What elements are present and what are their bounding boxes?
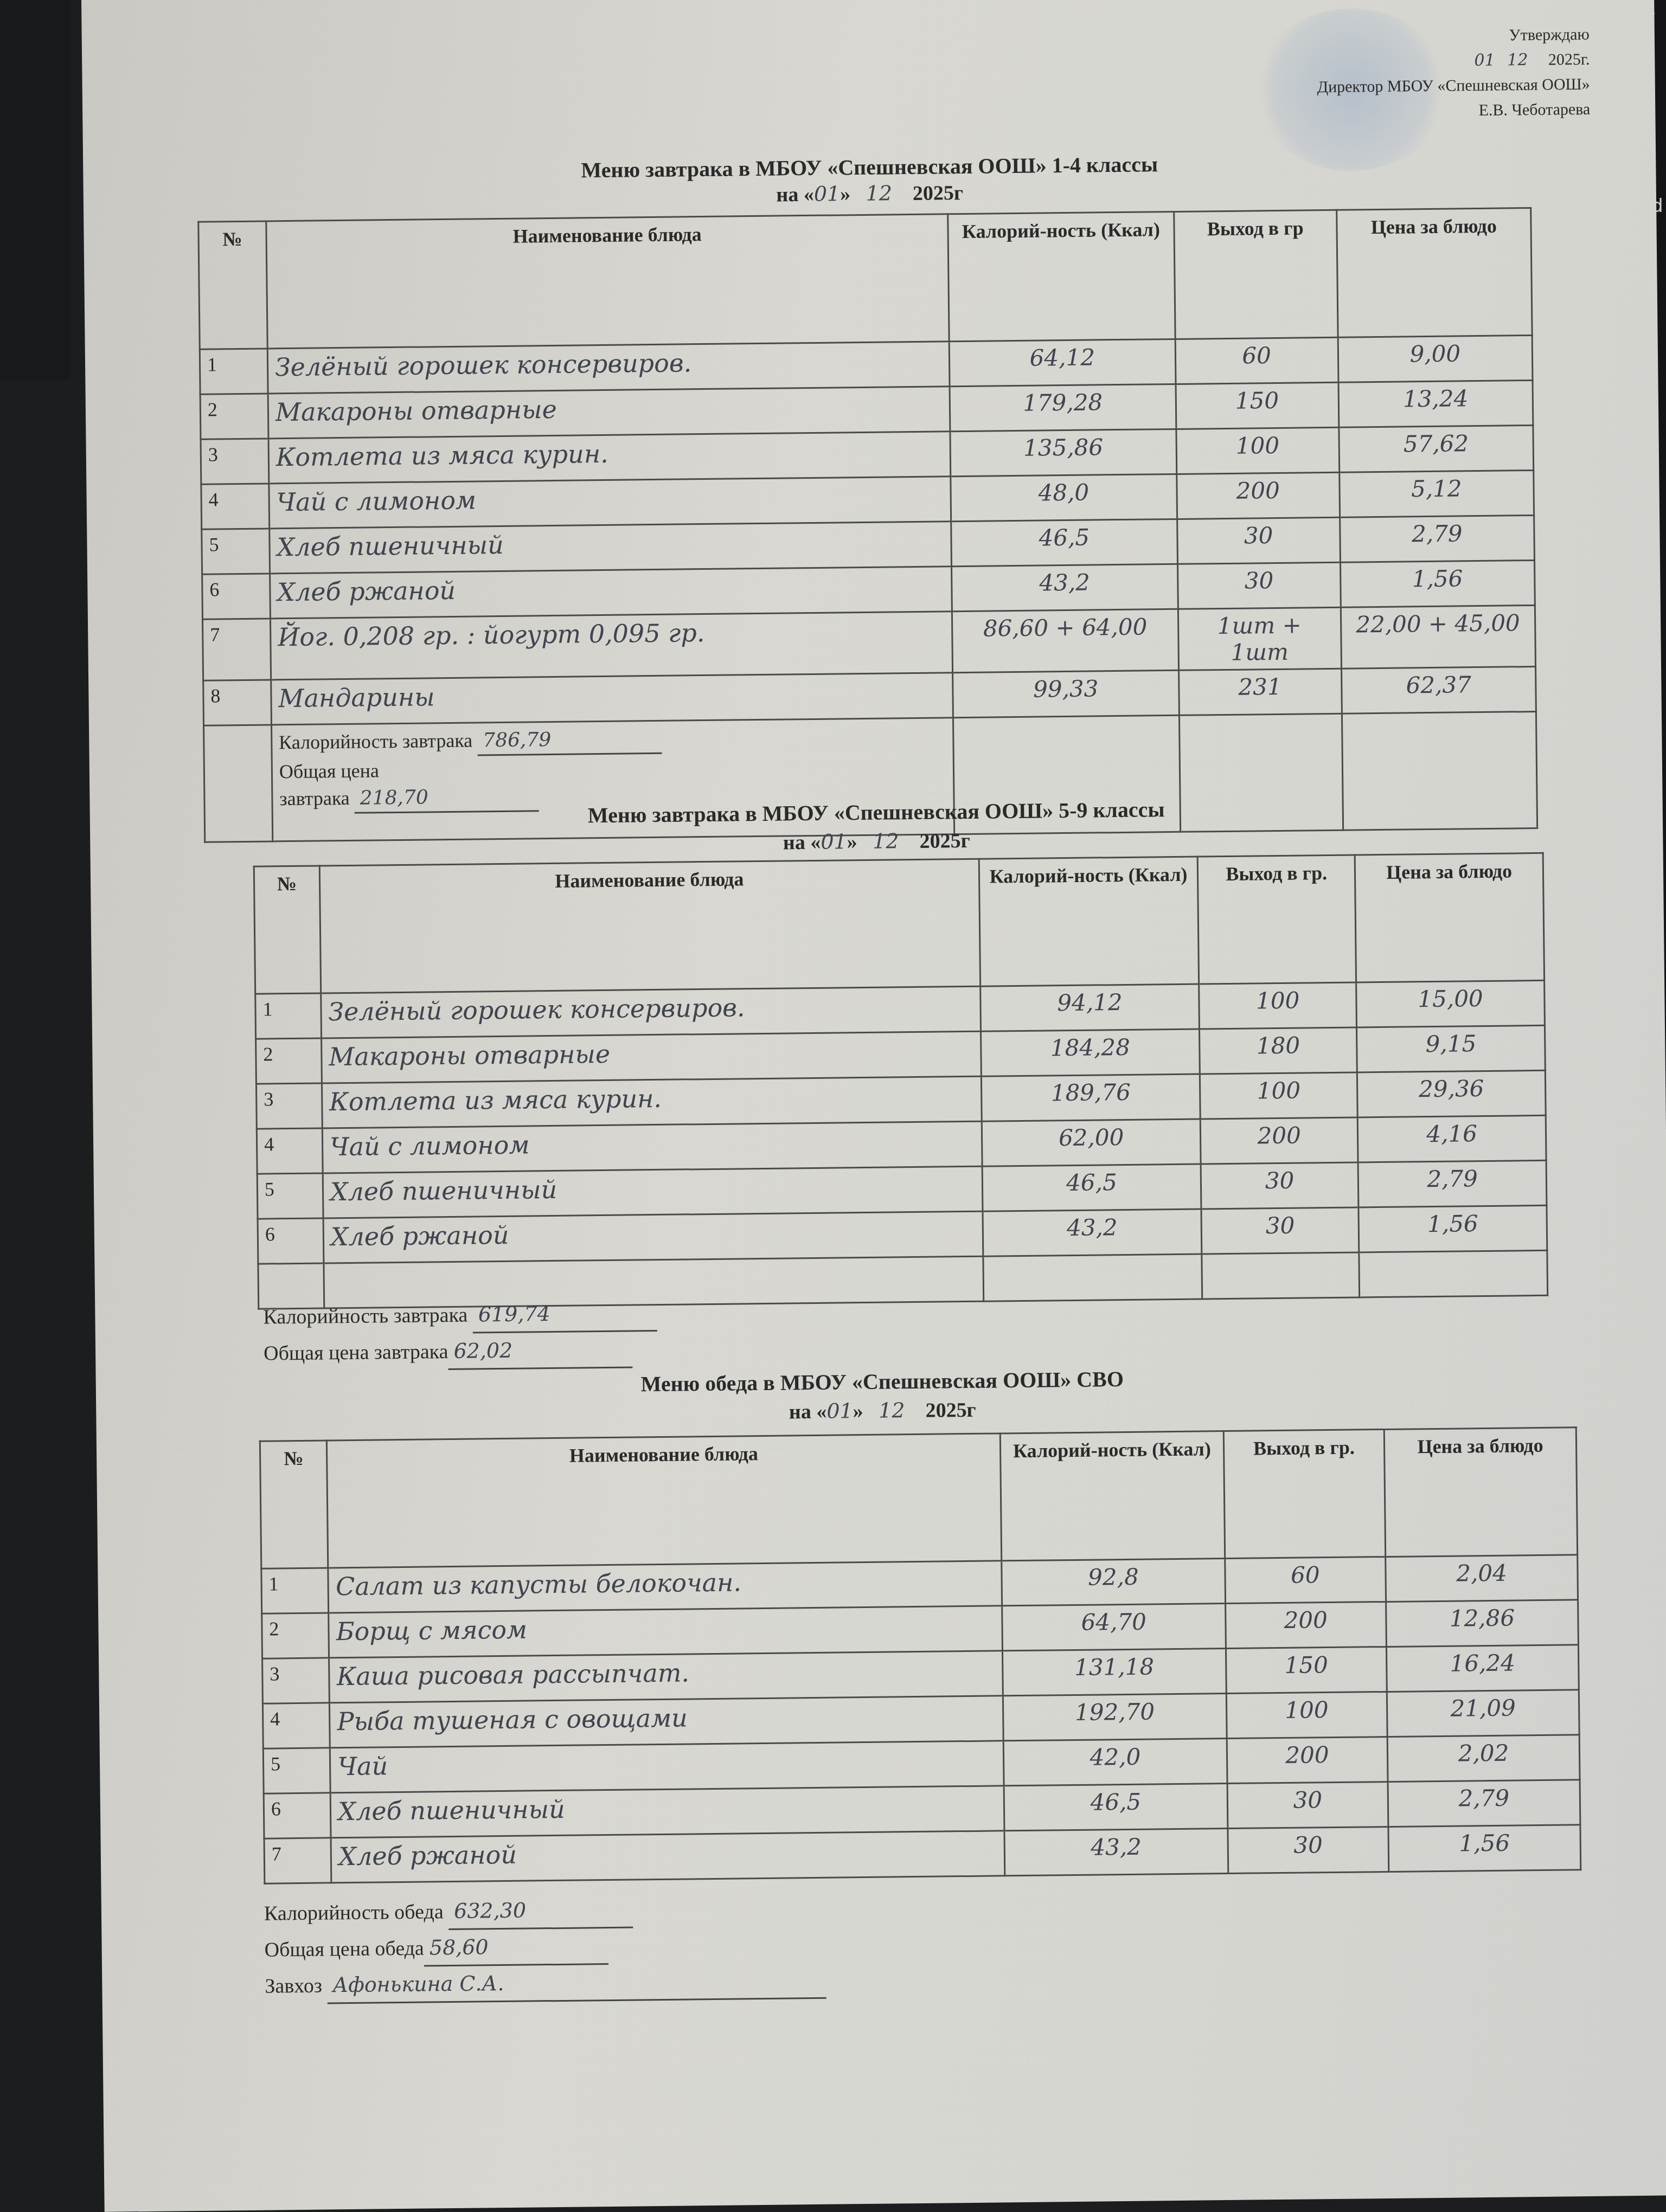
menu3-calories-total: 632,30 [448,1892,633,1931]
dish-calories: 135,86 [950,429,1177,476]
dish-calories: 99,33 [953,670,1180,717]
dish-calories: 179,28 [950,384,1176,431]
dish-yield: 231 [1178,668,1342,715]
dish-price: 15,00 [1356,980,1545,1027]
storekeeper-signature: Афонькина С.А. [327,1963,826,2004]
row-num: 3 [256,1083,322,1129]
menu2-calories-total: 619,74 [472,1295,657,1334]
row-num: 7 [264,1838,331,1883]
dish-price: 2,79 [1358,1160,1547,1207]
row-num: 5 [257,1173,323,1219]
row-num: 4 [262,1703,330,1748]
dish-price: 57,62 [1339,426,1534,473]
col-name: Наименование блюда [266,214,949,349]
row-num: 3 [262,1658,330,1703]
dish-calories: 131,18 [1003,1649,1226,1696]
menu1-table: № Наименование блюда Калорий-ность (Ккал… [197,207,1538,843]
col-num: № [198,221,267,349]
dish-yield: 60 [1225,1557,1386,1603]
approval-day: 01 [1474,51,1495,70]
approval-month: 12 [1507,50,1528,69]
dish-price: 29,36 [1357,1070,1546,1117]
dish-calories: 48,0 [951,474,1177,521]
menu3-summary: Калорийность обеда 632,30 Общая цена обе… [264,1890,826,2005]
dish-price: 2,79 [1388,1780,1580,1827]
dish-price: 2,04 [1386,1555,1578,1602]
dish-yield: 60 [1175,337,1338,384]
dish-name: Хлеб пшеничный [331,1786,1005,1838]
dish-calories: 43,2 [952,564,1178,611]
dish-yield: 200 [1227,1737,1388,1783]
dish-calories: 92,8 [1002,1559,1225,1606]
row-num: 4 [257,1128,323,1174]
dish-name: Хлеб ржаной [331,1831,1005,1883]
dish-price: 62,37 [1341,666,1536,713]
col-price: Цена за блюдо [1336,208,1532,338]
dish-calories: 184,28 [981,1029,1200,1076]
dish-price: 9,00 [1338,336,1533,383]
dish-price: 2,79 [1340,516,1534,563]
row-num: 8 [203,680,272,725]
dish-yield: 30 [1201,1162,1359,1209]
dish-yield: 100 [1199,982,1357,1029]
row-num: 5 [202,529,270,574]
dish-yield: 150 [1176,382,1339,429]
menu2-price-total: 62,02 [448,1332,633,1370]
dish-name: Чай с лимоном [269,477,951,529]
dish-yield: 30 [1227,1782,1388,1828]
dish-name: Зелёный горошек консервиров. [321,986,981,1038]
dish-name: Рыба тушеная с овощами [330,1696,1004,1748]
dish-calories: 46,5 [951,519,1178,566]
dish-yield: 180 [1200,1027,1357,1074]
row-num: 7 [202,619,271,680]
row-num: 4 [201,484,270,529]
dish-price: 9,15 [1357,1025,1546,1072]
dish-calories: 43,2 [983,1209,1202,1256]
dish-yield: 30 [1177,517,1340,564]
row-num: 6 [202,574,271,619]
row-num: 6 [264,1793,331,1838]
dish-name: Чай [330,1741,1004,1793]
dish-calories: 42,0 [1003,1739,1227,1786]
dish-yield: 100 [1200,1072,1357,1119]
menu1-calories-total: 786,79 [477,725,662,756]
dish-yield: 150 [1226,1647,1387,1693]
row-num: 5 [263,1748,330,1793]
row-num: 1 [255,993,322,1039]
col-yield: Выход в гр [1174,210,1337,339]
dish-name: Хлеб ржаной [270,567,952,619]
menu3-price-total: 58,60 [424,1928,609,1967]
dish-name: Салат из капусты белокочан. [328,1561,1002,1613]
approval-label: Утверждаю [1316,22,1590,50]
dish-name: Макароны отварные [268,387,950,439]
dish-yield: 200 [1200,1117,1358,1164]
approval-block: Утверждаю 01 12 2025г. Директор МБОУ «Сп… [1316,22,1590,125]
dish-name: Хлеб ржаной [323,1211,983,1263]
dish-price: 16,24 [1386,1645,1579,1692]
dish-yield: 100 [1176,427,1340,474]
row-num: 1 [200,349,268,394]
dish-calories: 86,60 + 64,00 [952,609,1178,672]
dish-calories: 94,12 [981,984,1200,1031]
dish-yield: 200 [1176,472,1340,519]
dish-name: Зелёный горошек консервиров. [267,342,950,394]
dish-calories: 64,12 [949,339,1176,386]
dish-calories: 192,70 [1003,1694,1226,1741]
col-calories: Калорий-ность (Ккал) [948,211,1175,341]
dish-yield: 1шт + 1шт [1178,607,1341,670]
row-num: 2 [200,394,268,439]
dish-name: Котлета из мяса курин. [322,1076,982,1128]
dish-calories: 46,5 [982,1164,1201,1211]
dish-name: Мандарины [271,673,953,725]
dish-yield: 30 [1201,1207,1359,1254]
dish-name: Борщ с мясом [329,1606,1003,1658]
row-num: 2 [256,1038,322,1084]
approval-position: Директор МБОУ «Спешневская ООШ» [1317,72,1590,100]
dish-yield: 30 [1177,562,1341,609]
dish-price: 5,12 [1339,471,1534,518]
dish-price: 1,56 [1388,1825,1581,1872]
dish-price: 21,09 [1387,1690,1579,1737]
dish-price: 2,02 [1387,1735,1580,1782]
dish-calories: 62,00 [982,1119,1201,1166]
dish-price: 12,86 [1386,1600,1579,1647]
menu3-table: № Наименование блюда Калорий-ность (Ккал… [259,1426,1581,1884]
dish-yield: 30 [1228,1827,1389,1873]
keyboard-left-edge [0,0,71,380]
dish-price: 22,00 + 45,00 [1341,605,1536,668]
dish-price: 1,56 [1340,560,1535,607]
dish-name: Котлета из мяса курин. [268,432,951,484]
row-num: 3 [201,439,269,484]
menu2-table: № Наименование блюда Калорий-ность (Ккал… [253,852,1548,1310]
row-num: 2 [262,1613,329,1658]
dish-price: 13,24 [1338,381,1533,428]
director-name: Е.В. Чеботарева [1317,97,1591,125]
dish-yield: 200 [1225,1602,1386,1648]
dish-name: Макароны отварные [321,1031,981,1083]
dish-calories: 64,70 [1002,1604,1226,1651]
dish-name: Каша рисовая рассыпчат. [329,1651,1003,1703]
menu-document: Утверждаю 01 12 2025г. Директор МБОУ «Сп… [81,0,1666,2212]
dish-name: Йог. 0,208 гр. : йогурт 0,095 гр. [270,612,952,680]
row-num: 6 [258,1218,324,1264]
row-num: 1 [261,1568,329,1613]
dish-name: Хлеб пшеничный [323,1166,983,1218]
dish-calories: 46,5 [1004,1784,1227,1831]
dish-name: Хлеб пшеничный [270,522,952,574]
dish-name: Чай с лимоном [322,1121,982,1173]
menu2-summary: Калорийность завтрака 619,74 Общая цена … [263,1295,658,1372]
dish-calories: 189,76 [981,1074,1200,1121]
dish-calories: 43,2 [1004,1829,1228,1876]
dish-price: 4,16 [1358,1115,1547,1162]
dish-yield: 100 [1226,1692,1387,1738]
approval-year: 2025г. [1548,50,1590,69]
dish-price: 1,56 [1359,1205,1547,1252]
